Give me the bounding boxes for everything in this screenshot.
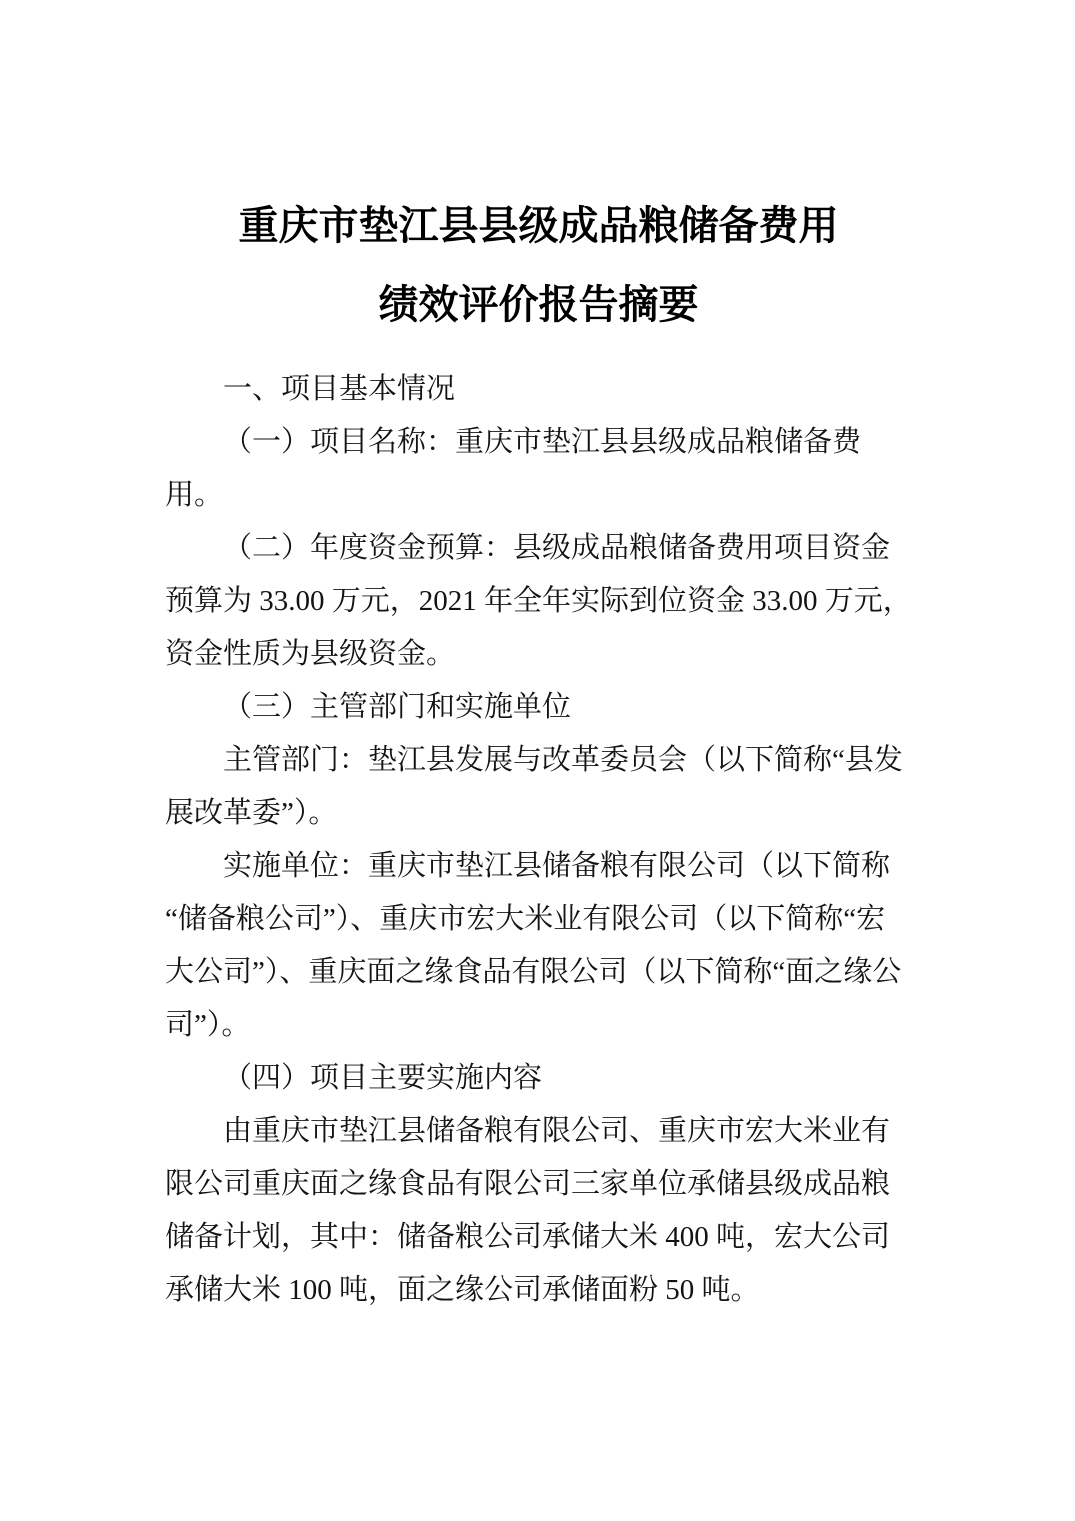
para-competent-department: 主管部门：垫江县发展与改革委员会（以下简称“县发展改革委”）。	[165, 734, 912, 840]
para-implementing-units: 实施单位：重庆市垫江县储备粮有限公司（以下简称“储备粮公司”）、重庆市宏大米业有…	[165, 840, 912, 1052]
document-title-line-2: 绩效评价报告摘要	[165, 265, 912, 344]
document-body: 一、项目基本情况 （一）项目名称：重庆市垫江县县级成品粮储备费用。 （二）年度资…	[165, 363, 912, 1317]
section-heading-basic-info: 一、项目基本情况	[165, 363, 912, 416]
para-annual-budget: （二）年度资金预算：县级成品粮储备费用项目资金预算为 33.00 万元，2021…	[165, 522, 912, 681]
document-title: 重庆市垫江县县级成品粮储备费用 绩效评价报告摘要	[165, 186, 912, 344]
para-implementation-content: 由重庆市垫江县储备粮有限公司、重庆市宏大米业有限公司重庆面之缘食品有限公司三家单…	[165, 1105, 912, 1317]
para-project-name: （一）项目名称：重庆市垫江县县级成品粮储备费用。	[165, 416, 912, 522]
document-title-line-1: 重庆市垫江县县级成品粮储备费用	[165, 186, 912, 265]
subsection-heading-departments-units: （三）主管部门和实施单位	[165, 681, 912, 734]
document-page: 重庆市垫江县县级成品粮储备费用 绩效评价报告摘要 一、项目基本情况 （一）项目名…	[0, 0, 1075, 1521]
subsection-heading-implementation-content: （四）项目主要实施内容	[165, 1052, 912, 1105]
